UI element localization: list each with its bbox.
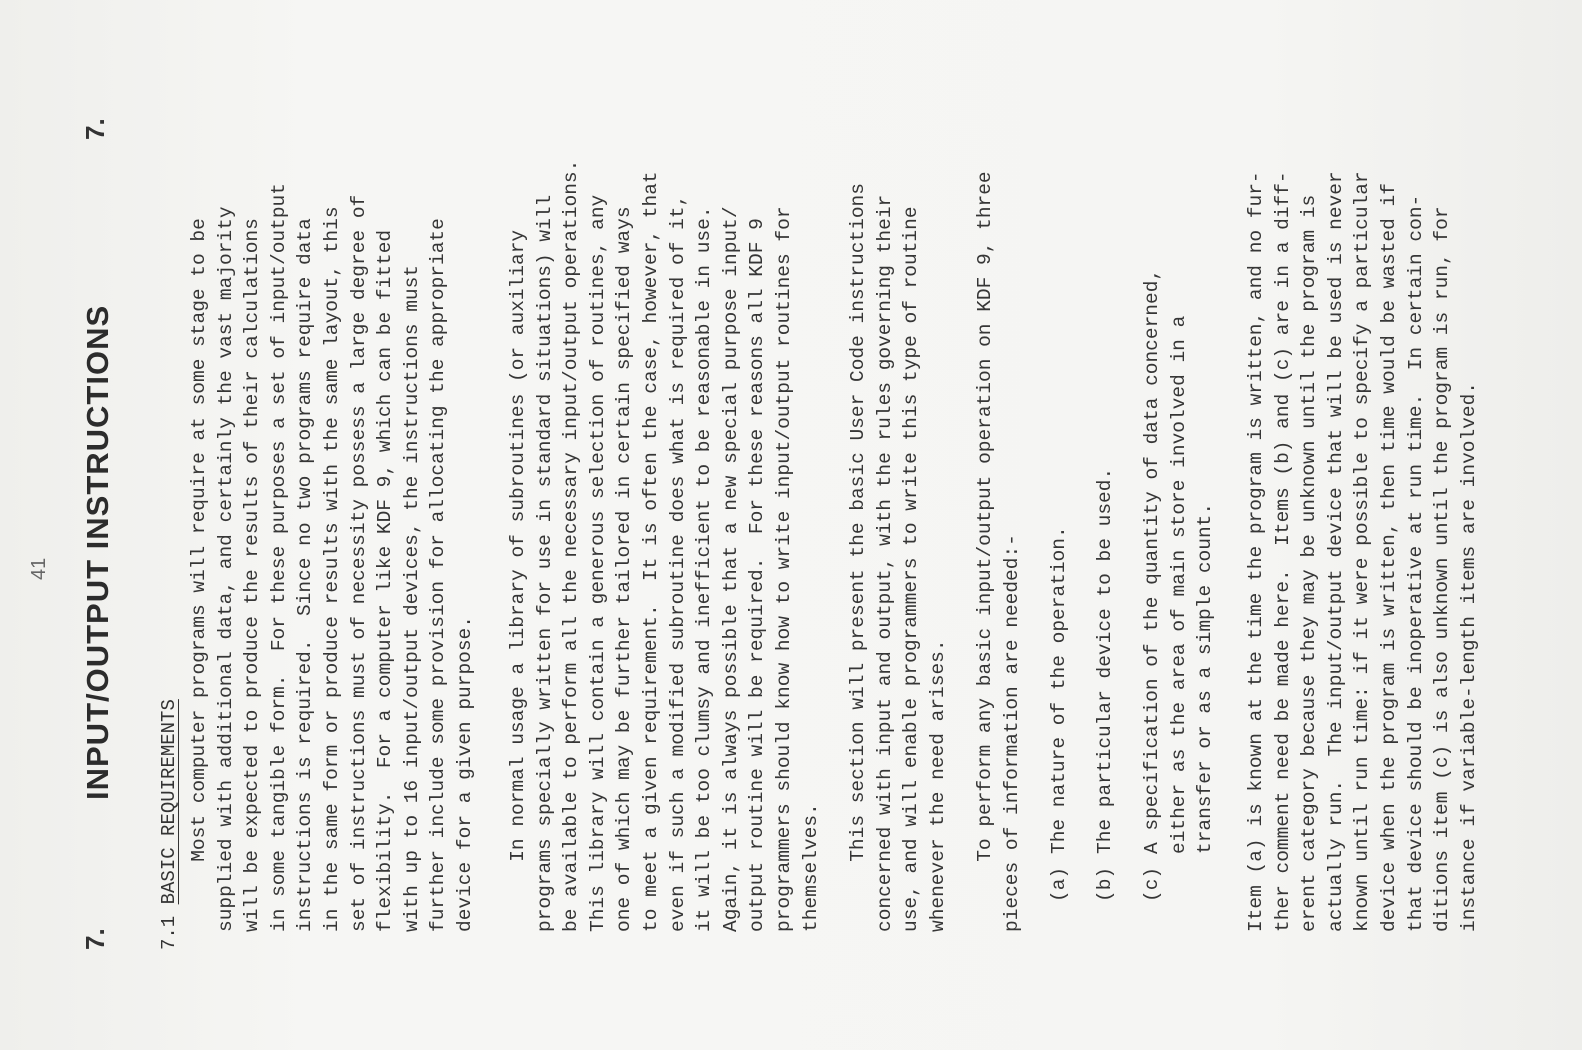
list-label: (c) <box>1139 854 1166 902</box>
chapter-number-right: 7. <box>80 118 111 140</box>
text-line: supplied with additional data, and certa… <box>213 183 240 932</box>
text-line: Again, it is always possible that a new … <box>718 160 745 932</box>
paragraph-item-explanation: Item (a) is known at the time the progra… <box>1243 171 1482 932</box>
text-line: whenever the need arises. <box>925 183 952 932</box>
text-line: actually run. The input/output device th… <box>1323 171 1350 932</box>
text-line: In normal usage a library of subroutines… <box>505 160 532 932</box>
text-line: instructions is required. Since no two p… <box>292 183 319 932</box>
paragraph-section-overview: This section will present the basic User… <box>845 183 951 932</box>
text-line: known until run time: if it were possibl… <box>1349 171 1376 932</box>
text-line: This section will present the basic User… <box>845 183 872 932</box>
text-line: pieces of information are needed:- <box>999 171 1026 932</box>
list-item-a: (a)The nature of the operation. <box>1046 526 1073 902</box>
text-line: flexibility. For a computer like KDF 9, … <box>372 183 399 932</box>
page-number: 41 <box>28 558 51 580</box>
text-line: use, and will enable programmers to writ… <box>898 183 925 932</box>
paragraph-subroutine-library: In normal usage a library of subroutines… <box>505 160 824 932</box>
text-line: set of instructions must of necessity po… <box>346 183 373 932</box>
text-line: device when the program is written, then… <box>1376 171 1403 932</box>
text-line: To perform any basic input/output operat… <box>972 171 999 932</box>
text-line: concerned with input and output, with th… <box>872 183 899 932</box>
text-line: This library will contain a generous sel… <box>585 160 612 932</box>
list-label: (a) <box>1046 854 1073 902</box>
list-label: (b) <box>1092 854 1119 902</box>
rotated-document-page: 41 7. INPUT/OUTPUT INSTRUCTIONS 7. 7.1 B… <box>0 0 1582 1050</box>
text-line: to meet a given requirement. It is often… <box>638 160 665 932</box>
text-line: further include some provision for alloc… <box>425 183 452 932</box>
paragraph-basic-requirements: Most computer programs will require at s… <box>186 183 479 932</box>
text-line: The particular device to be used. <box>1094 468 1116 854</box>
text-line: programs specially written for use in st… <box>532 160 559 932</box>
text-line: one of which may be further tailored in … <box>611 160 638 932</box>
paragraph-three-pieces: To perform any basic input/output operat… <box>972 171 1025 932</box>
text-line: that device should be inoperative at run… <box>1403 171 1430 932</box>
text-line: with up to 16 input/output devices, the … <box>399 183 426 932</box>
text-line: in the same form or produce results with… <box>319 183 346 932</box>
chapter-title: INPUT/OUTPUT INSTRUCTIONS <box>80 305 116 800</box>
list-item-b: (b)The particular device to be used. <box>1092 468 1119 902</box>
text-line: ther comment need be made here. Items (b… <box>1270 171 1297 932</box>
section-number: 7.1 <box>158 916 180 950</box>
section-heading: 7.1 BASIC REQUIREMENTS <box>158 699 180 950</box>
text-line: themselves. <box>798 160 825 932</box>
chapter-number-left: 7. <box>80 928 111 950</box>
text-line: erent category because they may be unkno… <box>1296 171 1323 932</box>
text-line: device for a given purpose. <box>452 183 479 932</box>
text-line: either as the area of main store involve… <box>1166 269 1193 902</box>
text-line: Item (a) is known at the time the progra… <box>1243 171 1270 932</box>
section-title: BASIC REQUIREMENTS <box>158 699 180 904</box>
text-line: it will be too clumsy and inefficient to… <box>691 160 718 932</box>
text-line: transfer or as a simple count. <box>1192 269 1219 902</box>
text-line: programmers should know how to write inp… <box>771 160 798 932</box>
list-item-c: (c)A specification of the quantity of da… <box>1139 269 1219 902</box>
text-line: A specification of the quantity of data … <box>1141 269 1163 854</box>
text-line: in some tangible form. For these purpose… <box>266 183 293 932</box>
text-line: instance if variable-length items are in… <box>1456 171 1483 932</box>
text-line: output routine will be required. For the… <box>744 160 771 932</box>
text-line: even if such a modified subroutine does … <box>665 160 692 932</box>
text-line: The nature of the operation. <box>1048 526 1070 854</box>
text-line: will be expected to produce the results … <box>239 183 266 932</box>
scanned-page: 41 7. INPUT/OUTPUT INSTRUCTIONS 7. 7.1 B… <box>0 0 1582 1050</box>
text-line: be available to perform all the necessar… <box>558 160 585 932</box>
text-line: Most computer programs will require at s… <box>186 183 213 932</box>
text-line: ditions item (c) is also unknown until t… <box>1429 171 1456 932</box>
